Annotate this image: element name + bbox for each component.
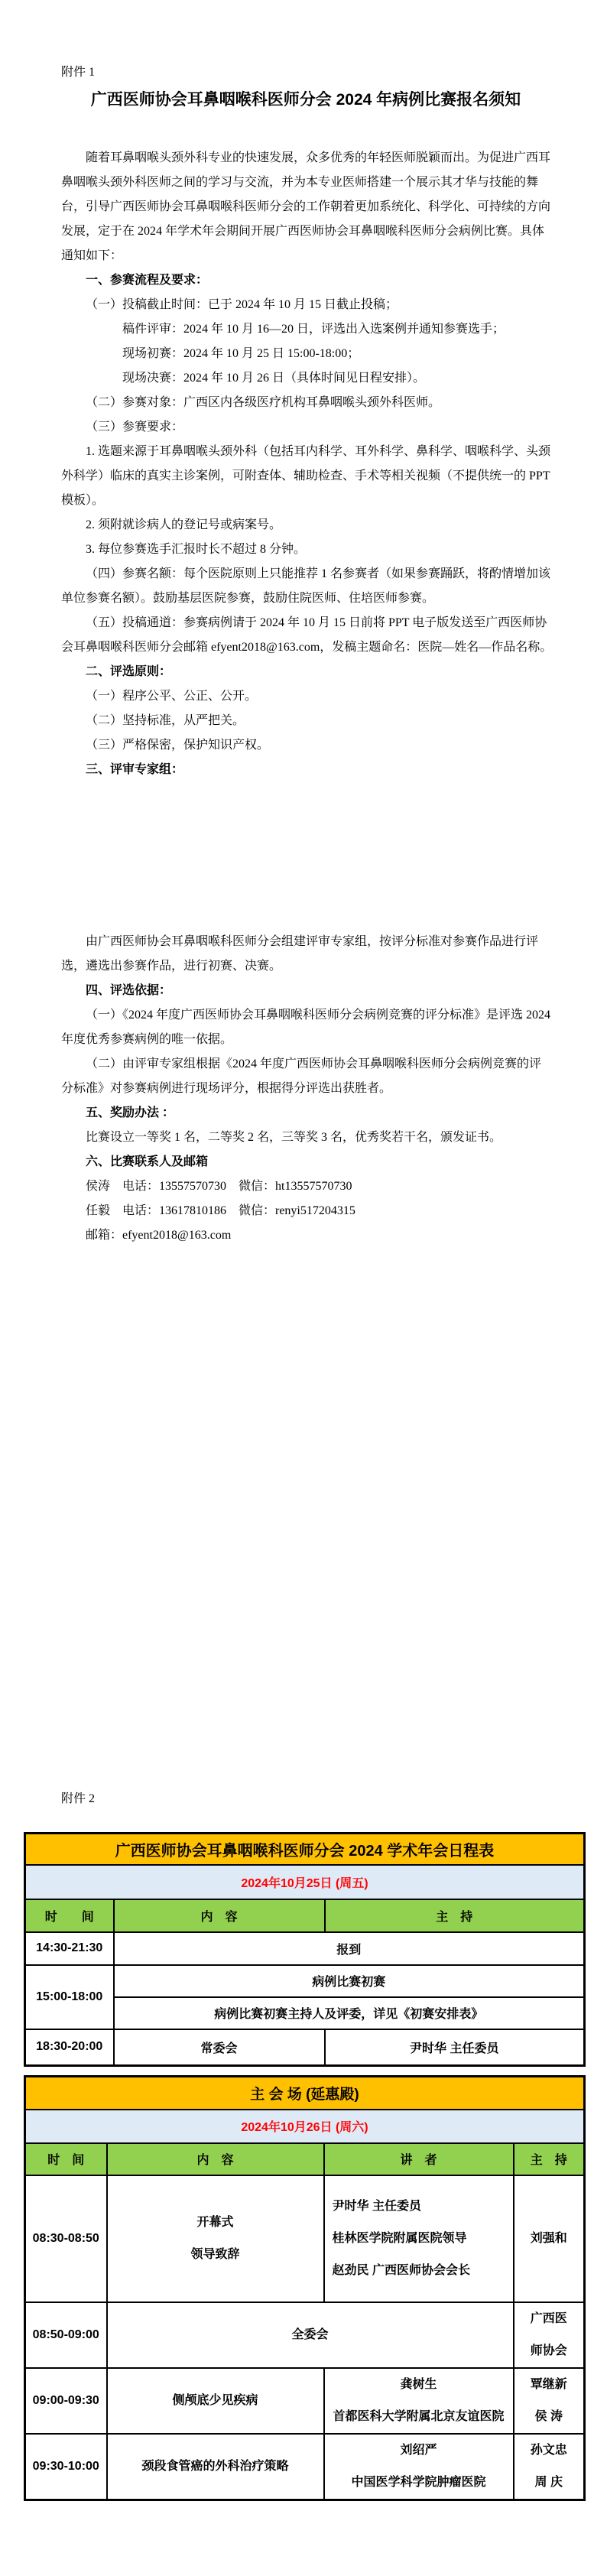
time-cell: 09:30-10:00	[25, 2434, 107, 2500]
content-cell: 报到	[114, 1932, 585, 1965]
page-gap	[61, 782, 550, 930]
col-header-time: 时 间	[25, 2143, 107, 2175]
schedule-table-saturday: 主 会 场 (延惠殿) 2024年10月26日 (周六) 时 间 内 容 讲 者…	[24, 2075, 586, 2501]
speaker-cell: 刘绍严 中国医学科学院肿瘤医院	[324, 2434, 514, 2500]
doc-line: （四）参赛名额：每个医院原则上只能推荐 1 名参赛者（如果参赛踊跃，将酌情增加该	[61, 562, 550, 586]
doc-line: 由广西医师协会耳鼻咽喉科医师分会组建评审专家组，按评分标准对参赛作品进行评	[61, 930, 550, 954]
table-row: 18:30-20:00 常委会 尹时华 主任委员	[25, 2029, 585, 2066]
doc-line: 外科学）临床的真实主诊案例，可附查体、辅助检查、手术等相关视频（不提供统一的 P…	[61, 464, 550, 489]
speaker-cell: 尹时华 主任委员 桂林医学院附属医院领导 赵劲民 广西医师协会会长	[324, 2175, 514, 2302]
doc-line: （一）投稿截止时间：已于 2024 年 10 月 15 日截止投稿；	[61, 293, 550, 317]
doc-heading: 二、评选原则：	[61, 660, 550, 684]
doc-line: （一）程序公平、公正、公开。	[61, 684, 550, 709]
doc-line: （三）严格保密，保护知识产权。	[61, 733, 550, 758]
col-header-speaker: 讲 者	[324, 2143, 514, 2175]
doc-line: 台，引导广西医师协会耳鼻咽喉科医师分会的工作朝着更加系统化、科学化、可持续的方向	[61, 195, 550, 219]
host-cell: 覃继新 侯 涛	[514, 2368, 585, 2434]
doc-line: 选，遴选出参赛作品，进行初赛、决赛。	[61, 954, 550, 979]
contact-line: 侯涛 电话：13557570730 微信：ht13557570730	[61, 1174, 550, 1199]
doc-line: 3. 每位参赛选手汇报时长不超过 8 分钟。	[61, 538, 550, 562]
doc-line: 现场决赛：2024 年 10 月 26 日（具体时间见日程安排）。	[61, 366, 550, 391]
table-row: 15:00-18:00 病例比赛初赛	[25, 1965, 585, 1997]
time-cell: 08:50-09:00	[25, 2302, 107, 2368]
content-cell: 颈段食管癌的外科治疗策略	[107, 2434, 324, 2500]
table-row: 08:30-08:50 开幕式 领导致辞 尹时华 主任委员 桂林医学院附属医院领…	[25, 2175, 585, 2302]
host-cell: 尹时华 主任委员	[325, 2029, 585, 2066]
col-header-host: 主 持	[514, 2143, 585, 2175]
schedule-date-friday: 2024年10月25日 (周五)	[25, 1865, 585, 1899]
content-cell: 全委会	[107, 2302, 514, 2368]
col-header-time: 时 间	[25, 1899, 114, 1932]
doc-line: （二）参赛对象：广西区内各级医疗机构耳鼻咽喉头颈外科医师。	[61, 391, 550, 415]
doc-line: 比赛设立一等奖 1 名，二等奖 2 名，三等奖 3 名，优秀奖若干名，颁发证书。	[61, 1126, 550, 1150]
schedule-table-friday: 广西医师协会耳鼻咽喉科医师分会 2024 学术年会日程表 2024年10月25日…	[24, 1832, 586, 2067]
table-row: 09:30-10:00 颈段食管癌的外科治疗策略 刘绍严 中国医学科学院肿瘤医院…	[25, 2434, 585, 2500]
doc-line: 通知如下：	[61, 244, 550, 268]
col-header-host: 主 持	[325, 1899, 585, 1932]
time-cell: 09:00-09:30	[25, 2368, 107, 2434]
table-row: 14:30-21:30 报到	[25, 1932, 585, 1965]
doc-line: 模板）。	[61, 489, 550, 513]
content-cell: 侧颅底少见疾病	[107, 2368, 324, 2434]
speaker-cell: 龚树生 首都医科大学附属北京友谊医院	[324, 2368, 514, 2434]
doc-heading: 一、参赛流程及要求：	[61, 268, 550, 293]
doc-line: 年度优秀参赛病例的唯一依据。	[61, 1028, 550, 1052]
time-cell: 14:30-21:30	[25, 1932, 114, 1965]
doc-line: （二）由评审专家组根据《2024 年度广西医师协会耳鼻咽喉科医师分会病例竞赛的评	[61, 1052, 550, 1077]
doc-heading: 四、评选依据：	[61, 979, 550, 1003]
host-cell: 孙文忠 周 庆	[514, 2434, 585, 2500]
time-cell: 08:30-08:50	[25, 2175, 107, 2302]
doc-line: 会耳鼻咽喉科医师分会邮箱 efyent2018@163.com，发稿主题命名：医…	[61, 635, 550, 660]
doc-line: （三）参赛要求：	[61, 415, 550, 440]
time-cell: 15:00-18:00	[25, 1965, 114, 2029]
doc-line: 稿件评审：2024 年 10 月 16—20 日，评选出入选案例并通知参赛选手；	[61, 317, 550, 342]
col-header-content: 内 容	[107, 2143, 324, 2175]
contact-line: 邮箱：efyent2018@163.com	[61, 1223, 550, 1248]
doc-heading: 三、评审专家组：	[61, 758, 550, 782]
schedule-date-saturday: 2024年10月26日 (周六)	[25, 2110, 585, 2143]
venue-title: 主 会 场 (延惠殿)	[25, 2077, 585, 2110]
content-cell: 开幕式 领导致辞	[107, 2175, 324, 2302]
attachment1-title: 广西医师协会耳鼻咽喉科医师分会 2024 年病例比赛报名须知	[61, 85, 550, 115]
table-row: 08:50-09:00 全委会 广西医 师协会	[25, 2302, 585, 2368]
doc-line: （五）投稿通道：参赛病例请于 2024 年 10 月 15 日前将 PPT 电子…	[61, 611, 550, 635]
content-cell: 病例比赛初赛	[114, 1965, 585, 1997]
time-cell: 18:30-20:00	[25, 2029, 114, 2066]
doc-line: 现场初赛：2024 年 10 月 25 日 15:00-18:00；	[61, 342, 550, 366]
doc-line: （二）坚持标准，从严把关。	[61, 709, 550, 733]
doc-line: 随着耳鼻咽喉头颈外科专业的快速发展，众多优秀的年轻医师脱颖而出。为促进广西耳	[61, 146, 550, 171]
doc-line: （一）《2024 年度广西医师协会耳鼻咽喉科医师分会病例竞赛的评分标准》是评选 …	[61, 1003, 550, 1028]
host-cell: 刘强和	[514, 2175, 585, 2302]
doc-heading: 六、比赛联系人及邮箱	[61, 1150, 550, 1174]
doc-heading: 五、奖励办法 ：	[61, 1101, 550, 1126]
doc-line: 鼻咽喉头颈外科医师之间的学习与交流，并为本专业医师搭建一个展示其才华与技能的舞	[61, 171, 550, 195]
table-row: 09:00-09:30 侧颅底少见疾病 龚树生 首都医科大学附属北京友谊医院 覃…	[25, 2368, 585, 2434]
attachment2-label: 附件 2	[61, 1787, 95, 1811]
doc-line: 发展，定于在 2024 年学术年会期间开展广西医师协会耳鼻咽喉科医师分会病例比赛…	[61, 219, 550, 244]
contact-line: 任毅 电话：13617810186 微信：renyi517204315	[61, 1199, 550, 1223]
content-cell: 病例比赛初赛主持人及评委，详见《初赛安排表》	[114, 1997, 585, 2029]
doc-line: 1. 选题来源于耳鼻咽喉头颈外科（包括耳内科学、耳外科学、鼻科学、咽喉科学、头颈	[61, 440, 550, 464]
attachment1-document: 附件 1 广西医师协会耳鼻咽喉科医师分会 2024 年病例比赛报名须知 随着耳鼻…	[61, 60, 550, 1248]
col-header-content: 内 容	[114, 1899, 325, 1932]
attachment1-label: 附件 1	[61, 60, 550, 85]
doc-line: 单位参赛名额）。鼓励基层医院参赛，鼓励住院医师、住培医师参赛。	[61, 586, 550, 611]
host-cell: 广西医 师协会	[514, 2302, 585, 2368]
doc-line: 2. 须附就诊病人的登记号或病案号。	[61, 513, 550, 538]
content-cell: 常委会	[114, 2029, 325, 2066]
schedule-title: 广西医师协会耳鼻咽喉科医师分会 2024 学术年会日程表	[25, 1834, 585, 1865]
doc-line: 分标准》对参赛病例进行现场评分，根据得分评选出获胜者。	[61, 1077, 550, 1101]
